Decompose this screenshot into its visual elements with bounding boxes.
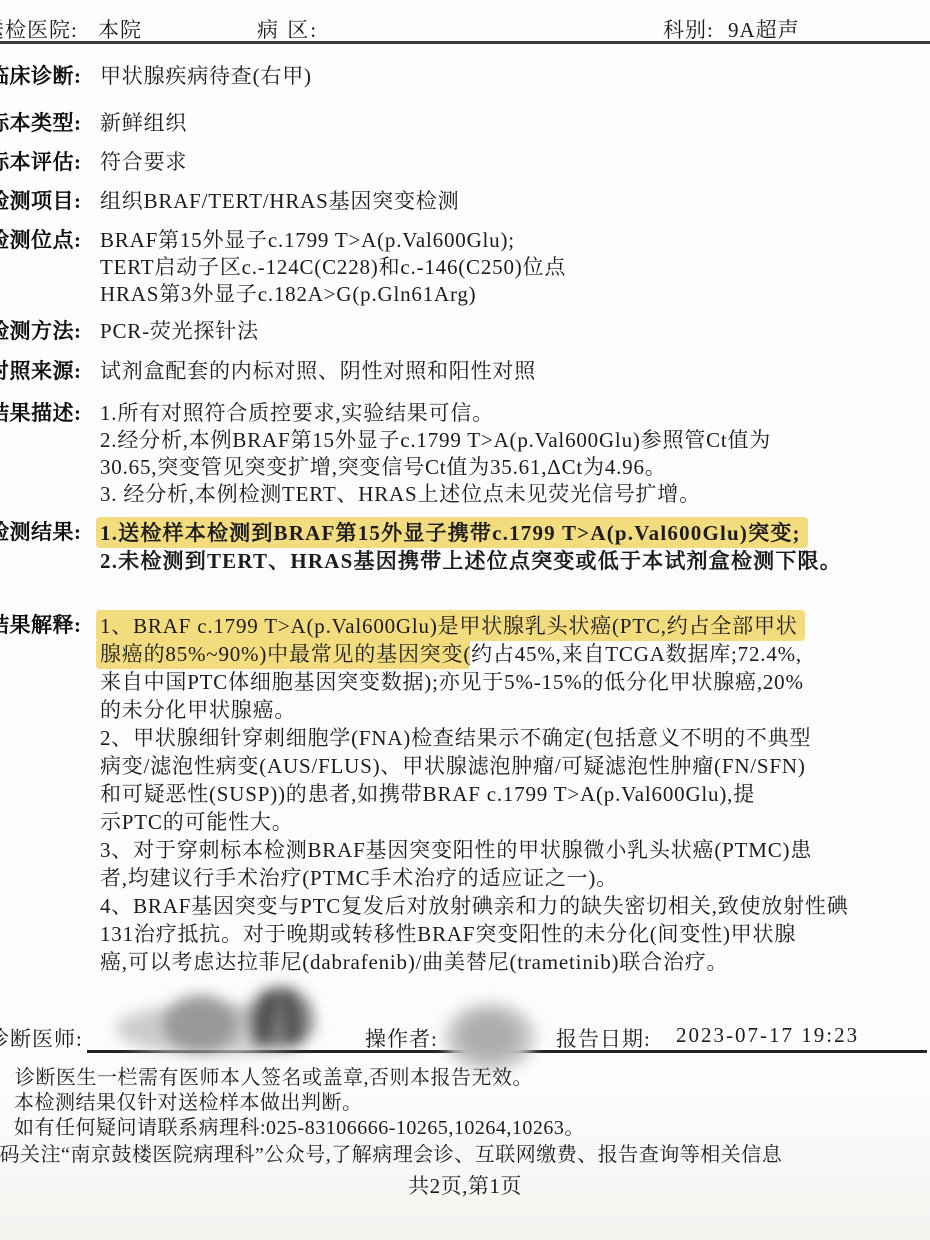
result-interpretation-value: 1、BRAF c.1799 T>A(p.Val600Glu)是甲状腺乳头状癌(P… [100, 612, 849, 976]
field-control-source: 对照来源: 试剂盒配套的内标对照、阴性对照和阳性对照 [0, 358, 930, 385]
interp-line: 4、BRAF基因突变与PTC复发后对放射碘亲和力的缺失密切相关,致使放射性碘 [100, 892, 849, 920]
control-source-label: 对照来源: [0, 358, 100, 385]
field-test-result: 检测结果: 1.送检样本检测到BRAF第15外显子携带c.1799 T>A(p.… [0, 519, 930, 575]
field-result-interpretation: 结果解释: 1、BRAF c.1799 T>A(p.Val600Glu)是甲状腺… [0, 612, 930, 976]
interp-line: 和可疑恶性(SUSP))的患者,如携带BRAF c.1799 T>A(p.Val… [100, 780, 849, 808]
result-interpretation-label: 结果解释: [0, 612, 100, 639]
test-item-value: 组织BRAF/TERT/HRAS基因突变检测 [100, 188, 459, 215]
test-result-value: 1.送检样本检测到BRAF第15外显子携带c.1799 T>A(p.Val600… [100, 519, 842, 575]
department-value: 9A超声 [728, 14, 800, 44]
test-site-line: BRAF第15外显子c.1799 T>A(p.Val600Glu); [100, 227, 566, 254]
test-result-label: 检测结果: [0, 519, 100, 546]
interp-line: 癌,可以考虑达拉菲尼(dabrafenib)/曲美替尼(trametinib)联… [100, 948, 849, 976]
test-item-label: 检测项目: [0, 188, 100, 215]
highlighted-result: 1.送检样本检测到BRAF第15外显子携带c.1799 T>A(p.Val600… [96, 517, 808, 548]
method-value: PCR-荧光探针法 [100, 318, 259, 345]
interp-line: 者,均建议行手术治疗(PTMC手术治疗的适应证之一)。 [100, 864, 849, 892]
doctor-signature-redacted [108, 985, 338, 1067]
header-divider [0, 41, 930, 44]
field-sample-eval: 标本评估: 符合要求 [0, 149, 930, 176]
hospital-value: 本院 [98, 14, 142, 44]
clinical-diagnosis-label: 临床诊断: [0, 63, 100, 90]
result-desc-line: 3. 经分析,本例检测TERT、HRAS上述位点未见荧光信号扩增。 [100, 481, 771, 508]
highlighted-interp: 腺癌的85%~90%)中最常见的基因突变 [96, 638, 470, 669]
sample-type-value: 新鲜组织 [100, 110, 187, 137]
test-result-line-1: 1.送检样本检测到BRAF第15外显子携带c.1799 T>A(p.Val600… [100, 519, 842, 547]
page-number: 共2页,第1页 [0, 1174, 930, 1199]
qr-follow-note: 扫码关注“南京鼓楼医院病理科”公众号,了解病理会诊、互联网缴费、报告查询等相关信… [0, 1143, 782, 1168]
interp-line: 3、对于穿刺标本检测BRAF基因突变阳性的甲状腺微小乳头状癌(PTMC)患 [100, 836, 849, 864]
interp-line: 示PTC的可能性大。 [100, 808, 849, 836]
pathology-report-page: 送检医院: 本院 病 区: 科别: 9A超声 临床诊断: 甲状腺疾病待查(右甲)… [0, 0, 930, 1240]
interp-line: 腺癌的85%~90%)中最常见的基因突变(约占45%,来自TCGA数据库;72.… [100, 640, 849, 668]
interp-line: 来自中国PTC体细胞基因突变数据);亦见于5%-15%的低分化甲状腺癌,20% [100, 668, 849, 696]
interp-line: 2、甲状腺细针穿刺细胞学(FNA)检查结果示不确定(包括意义不明的不典型 [100, 724, 849, 752]
report-date-value: 2023-07-17 19:23 [676, 1023, 859, 1048]
result-desc-line: 2.经分析,本例BRAF第15外显子c.1799 T>A(p.Val600Glu… [100, 427, 771, 454]
footer-note-1: 诊断医生一栏需有医师本人签名或盖章,否则本报告无效。 [15, 1066, 533, 1091]
field-clinical-diagnosis: 临床诊断: 甲状腺疾病待查(右甲) [0, 63, 930, 90]
operator-label: 操作者: [365, 1023, 438, 1053]
test-site-line: TERT启动子区c.-124C(C228)和c.-146(C250)位点 [100, 254, 566, 281]
department-label: 科别: [663, 14, 714, 44]
interp-line: 131治疗抵抗。对于晚期或转移性BRAF突变阳性的未分化(间变性)甲状腺 [100, 920, 849, 948]
highlighted-interp: 1、BRAF c.1799 T>A(p.Val600Glu)是甲状腺乳头状癌(P… [96, 610, 805, 641]
interp-line: 病变/滤泡性病变(AUS/FLUS)、甲状腺滤泡肿瘤/可疑滤泡性肿瘤(FN/SF… [100, 752, 849, 780]
field-test-sites: 检测位点: BRAF第15外显子c.1799 T>A(p.Val600Glu);… [0, 227, 930, 308]
footer-note-2: 本检测结果仅针对送检样本做出判断。 [14, 1091, 363, 1116]
interp-text: (约占45%,来自TCGA数据库;72.4%, [463, 642, 802, 666]
field-test-item: 检测项目: 组织BRAF/TERT/HRAS基因突变检测 [0, 188, 930, 215]
field-sample-type: 标本类型: 新鲜组织 [0, 110, 930, 137]
result-desc-line: 1.所有对照符合质控要求,实验结果可信。 [100, 400, 771, 427]
sample-eval-value: 符合要求 [100, 149, 187, 176]
sample-eval-label: 标本评估: [0, 149, 100, 176]
interp-line: 1、BRAF c.1799 T>A(p.Val600Glu)是甲状腺乳头状癌(P… [100, 612, 849, 640]
result-description-label: 结果描述: [0, 400, 100, 427]
test-sites-value: BRAF第15外显子c.1799 T>A(p.Val600Glu); TERT启… [100, 227, 566, 308]
report-date-label: 报告日期: [556, 1023, 651, 1053]
clinical-diagnosis-value: 甲状腺疾病待查(右甲) [100, 63, 312, 90]
result-desc-line: 30.65,突变管见突变扩增,突变信号Ct值为35.61,ΔCt为4.96。 [100, 454, 771, 481]
test-result-line-2: 2.未检测到TERT、HRAS基因携带上述位点突变或低于本试剂盒检测下限。 [100, 547, 842, 575]
interp-line: 的未分化甲状腺癌。 [100, 696, 849, 724]
test-site-line: HRAS第3外显子c.182A>G(p.Gln61Arg) [100, 281, 566, 308]
sample-type-label: 标本类型: [0, 110, 100, 137]
field-result-description: 结果描述: 1.所有对照符合质控要求,实验结果可信。 2.经分析,本例BRAF第… [0, 400, 930, 508]
ward-label: 病 区: [257, 14, 318, 44]
field-method: 检测方法: PCR-荧光探针法 [0, 318, 930, 345]
footer-note-3: 如有任何疑问请联系病理科:025-83106666-10265,10264,10… [14, 1116, 585, 1141]
result-description-value: 1.所有对照符合质控要求,实验结果可信。 2.经分析,本例BRAF第15外显子c… [100, 400, 771, 508]
operator-name-redacted [440, 998, 540, 1076]
doctor-label: 诊断医师: [0, 1023, 83, 1053]
hospital-label: 送检医院: [0, 14, 78, 44]
control-source-value: 试剂盒配套的内标对照、阴性对照和阳性对照 [100, 358, 536, 385]
method-label: 检测方法: [0, 318, 100, 345]
test-sites-label: 检测位点: [0, 227, 100, 254]
